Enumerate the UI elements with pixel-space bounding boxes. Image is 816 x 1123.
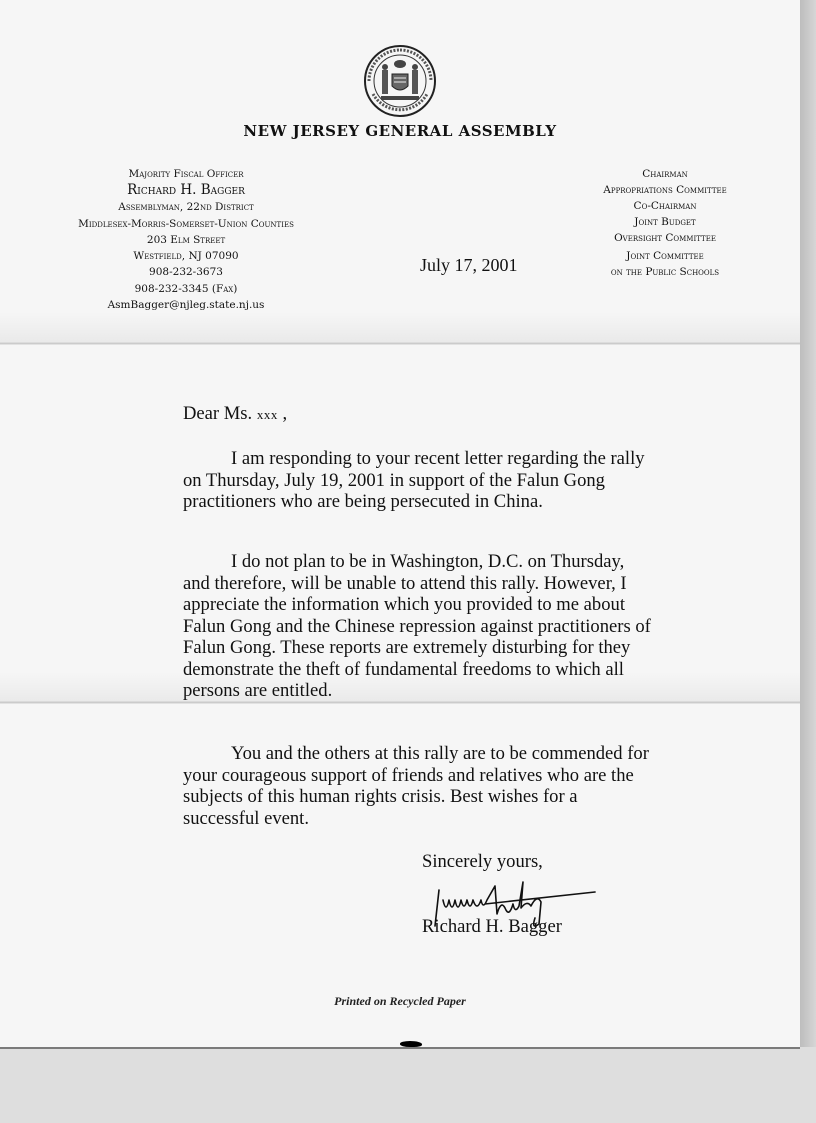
closing: Sincerely yours, — [422, 851, 543, 873]
state-seal-icon — [363, 44, 437, 118]
sender-phone: 908-232-3673 — [32, 264, 340, 280]
committee-line: Oversight Committee — [565, 230, 765, 246]
committee-line: Appropriations Committee — [565, 182, 765, 198]
sender-counties: Middlesex-Morris-Somerset-Union Counties — [32, 216, 340, 232]
body-paragraph-3: You and the others at this rally are to … — [183, 743, 653, 829]
sender-email: AsmBagger@njleg.state.nj.us — [32, 297, 340, 313]
salutation: Dear Ms. xxx , — [183, 403, 287, 425]
sender-title: Majority Fiscal Officer — [32, 166, 340, 182]
organization-title: NEW JERSEY GENERAL ASSEMBLY — [0, 122, 800, 140]
body-paragraph-1: I am responding to your recent letter re… — [183, 448, 653, 513]
sender-info-block: Majority Fiscal Officer Richard H. Bagge… — [32, 166, 340, 313]
sender-name: Richard H. Bagger — [32, 182, 340, 199]
committee-line: on the Public Schools — [565, 264, 765, 280]
paragraph-text: I do not plan to be in Washington, D.C. … — [183, 551, 653, 702]
sender-position: Assemblyman, 22nd District — [32, 199, 340, 215]
letter-page: NEW JERSEY GENERAL ASSEMBLY Majority Fis… — [0, 0, 800, 1049]
recycled-paper-footer: Printed on Recycled Paper — [0, 994, 800, 1009]
committee-line: Joint Budget — [565, 214, 765, 230]
sender-street: 203 Elm Street — [32, 232, 340, 248]
scan-edge-shadow — [800, 0, 816, 1047]
committee-info-block: Chairman Appropriations Committee Co-Cha… — [565, 166, 765, 280]
scan-artifact — [400, 1041, 422, 1047]
paragraph-text: You and the others at this rally are to … — [183, 743, 653, 829]
signer-name: Richard H. Bagger — [422, 916, 562, 938]
letter-date: July 17, 2001 — [420, 255, 518, 276]
sender-city: Westfield, NJ 07090 — [32, 248, 340, 264]
recipient-name: xxx — [257, 407, 278, 422]
committee-line: Chairman — [565, 166, 765, 182]
salutation-suffix: , — [278, 403, 287, 424]
paragraph-text: I am responding to your recent letter re… — [183, 448, 653, 513]
committee-line: Joint Committee — [565, 248, 765, 264]
fold-line — [0, 342, 800, 345]
salutation-prefix: Dear Ms. — [183, 403, 257, 424]
committee-line: Co-Chairman — [565, 198, 765, 214]
body-paragraph-2: I do not plan to be in Washington, D.C. … — [183, 551, 653, 702]
fold-shadow — [0, 312, 800, 342]
sender-fax: 908-232-3345 (Fax) — [32, 281, 340, 297]
